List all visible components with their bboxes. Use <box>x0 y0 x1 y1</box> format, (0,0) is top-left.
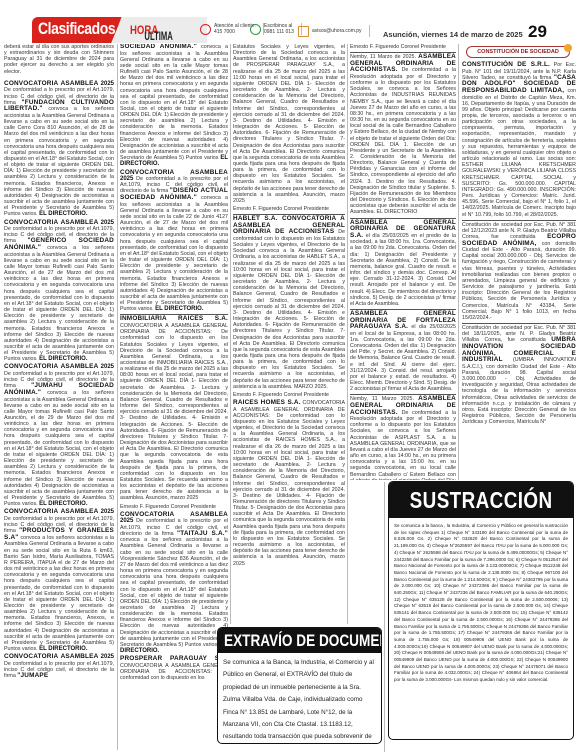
firm-name: "JUMAPE <box>17 672 48 679</box>
classified-ad: Nemby, 11 Marzo 2025. ASAMBLEA GENERAL O… <box>350 396 456 480</box>
ad-text: deberá estar al día con sus aportes ordi… <box>4 44 114 75</box>
classified-ad: CONVOCATORIA ASAMBLEA 2025 De conformida… <box>120 512 228 654</box>
ad-signature: EL DIRECTORIO <box>377 209 418 215</box>
ad-text: convoca a los señores accionistas a la A… <box>4 390 114 507</box>
divider <box>369 25 370 37</box>
mail-icon <box>298 26 309 37</box>
sustraccion-notice: SUSTRACCIÓN Se comunica a la banca , la … <box>388 481 574 740</box>
page-header: Clasificados ULTIMAHORA Atención al clie… <box>0 0 580 42</box>
ad-text: el día 25/03/2025 en el local de la Empr… <box>350 324 456 392</box>
ad-year: 2025 <box>101 509 114 515</box>
whatsapp-icon <box>250 24 261 35</box>
ad-heading: INMOBILIARIA RAICES S.A. <box>120 315 228 322</box>
ad-text: Estatutos Sociales y Leyes vigentes, el … <box>233 44 345 204</box>
notice-title: EXTRAVÍO DE DOCUMENTO <box>218 628 381 653</box>
ad-text: convoca a los señores accionistas a la A… <box>4 106 114 217</box>
firm-name: "TAITAJU S.A." <box>177 530 228 537</box>
classified-ad: Estatutos Sociales y Leyes vigentes, el … <box>233 44 345 212</box>
classified-ad: ASAMBLEA GENERAL ORDINARIA DE FORTALEZA … <box>350 311 456 392</box>
column-6: CONSTITUCIÓN DE SOCIEDAD CONSTITUCIÓN DE… <box>462 44 576 480</box>
ad-heading: CONVOCATORIA ASAMBLEA <box>4 219 98 226</box>
divider <box>462 220 576 221</box>
ad-text: CONVOCATORIA A ASAMBLEA GENERAL ORDINARI… <box>233 400 345 567</box>
classified-ad: HABLET S.A. CONVOCATORIA A ASAMBLEA GENE… <box>233 216 345 398</box>
ad-signature: EL DIRECTORIO. <box>39 646 87 652</box>
divider <box>347 44 348 624</box>
classified-ad: CONVOCATORIA ASAMBLEA 2025 De conformida… <box>4 81 114 218</box>
column-3: Estatutos Sociales y Leyes vigentes, el … <box>233 44 345 624</box>
ad-heading: CONVOCATORIA ASAMBLEA <box>4 508 98 515</box>
issue-date: Asunción, viernes 14 de marzo de 2025 <box>383 30 523 39</box>
section-tag: CONSTITUCIÓN DE SOCIEDAD <box>466 46 570 58</box>
firm-name: SOCIEDAD ANÓNIMA." <box>120 44 197 50</box>
classified-ad: INMOBILIARIA RAICES S.A. CONVOCATORIA A … <box>120 316 228 509</box>
ad-signature: Ernesto F. Figueredo Coronel Presidente <box>350 44 456 50</box>
classified-ad: PROSPERAR PARAGUAY S.A. CONVOCATORIA A A… <box>120 656 228 681</box>
extravio-notice: EXTRAVÍO DE DOCUMENTO Se comunica a la B… <box>217 627 382 744</box>
ad-text: De conformidad a la Resolución adoptada … <box>350 67 456 215</box>
ad-heading: HABLET S.A. CONVOCATORIA A ASAMBLEA GENE… <box>233 215 345 235</box>
ad-signature: EL DIRECTORIO. <box>39 211 87 217</box>
notice-title: SUSTRACCIÓN <box>389 482 573 518</box>
section-tag-label: CONSTITUCIÓN DE SOCIEDAD <box>477 49 559 55</box>
notice-body: Se comunica a la Banca, la Industria, el… <box>218 653 381 744</box>
classified-ad: ASAMBLEA GENERAL ORDINARIA DE GEONATURA … <box>350 220 456 308</box>
classified-ad: CONVOCATORIA ASAMBLEA 2025 De conformida… <box>4 364 114 507</box>
section-title: Clasificados <box>38 19 115 39</box>
classified-ad: CONSTITUCIÓN DE S.R.L. Por Esc. Pub. N° … <box>462 62 576 218</box>
notice-body: Se comunica a la banca , la Industria, a… <box>389 518 573 689</box>
phone-icon <box>200 24 211 35</box>
classified-ad: CONVOCATORIA ASAMBLEA 2025 De conformida… <box>4 220 114 363</box>
ad-year: 2025 <box>101 364 114 370</box>
ad-text: el día 25/03/2025 en el predio de la soc… <box>350 233 456 307</box>
ad-year: 2025 <box>101 654 114 660</box>
masthead-logo: ULTIMAHORA <box>112 17 207 43</box>
sun-icon <box>564 44 572 52</box>
divider <box>458 44 459 480</box>
ad-text: CONVOCATORIA A ASAMBLEA GENERAL ORDINARI… <box>120 663 228 681</box>
notice-title-text: SUSTRACCIÓN <box>410 482 553 518</box>
ad-signature: EL DIRECTORIO. <box>155 306 203 312</box>
ad-year: 2025 <box>101 81 114 87</box>
divider <box>117 44 118 750</box>
ad-text: con domicilio Ciudad del Este - Alto Par… <box>462 241 576 321</box>
ad-text: convoca a los señores accionistas a la A… <box>120 44 228 161</box>
logo-part-1: ULTIMA <box>144 29 172 43</box>
ad-signature: Ernesto F. Figueredo Coronel Presidente <box>233 392 345 398</box>
divider <box>462 323 576 324</box>
classified-ad: CONVOCATORIA ASAMBLEA 2025 De conformida… <box>4 654 114 680</box>
classified-ad: CONVOCATORIA ASAMBLEA 2025 De conformida… <box>120 170 228 313</box>
classified-ad: Ernesto F. Figueredo Coronel Presidente <box>350 44 456 50</box>
divider <box>230 44 231 624</box>
contact-whatsapp: Escribinos al0981 111 013 <box>250 23 302 35</box>
ad-year: 2025 <box>120 176 133 182</box>
ad-signature: EL DIRECTORIO. <box>39 501 87 507</box>
ad-heading: CONVOCATORIA ASAMBLEA <box>120 169 228 176</box>
ad-text: convoca a los señores accionistas a la A… <box>120 195 228 312</box>
ad-signature: EL DIRECTORIO. <box>39 356 87 362</box>
ad-heading: CONVOCATORIA ASAMBLEA <box>4 363 98 370</box>
column-4: Ernesto F. Figueredo Coronel Presidente … <box>350 44 456 480</box>
classified-ad: CONVOCATORIA ASAMBLEA 2025 De conformida… <box>4 509 114 652</box>
contact-value: 0981 111 013 <box>264 29 294 35</box>
ad-heading: CONVOCATORIA ASAMBLEA <box>4 80 98 87</box>
ad-heading: PROSPERAR PARAGUAY S.A. <box>120 655 228 662</box>
classified-ad: Constitución de sociedad por Esc. Pub. N… <box>462 222 576 321</box>
contact-value: avisos@uhora.com.py <box>312 28 362 34</box>
ad-text: CONVOCATORIA A ASAMBLEA GENERAL ORDINARI… <box>120 323 228 501</box>
ad-signature: Ernesto F. Figueredo Coronel Presidente <box>233 206 345 212</box>
ad-signature: Ernesto F. Figueredo Coronel Presidente <box>120 504 228 510</box>
ad-text: convoca a los señores accionistas a la A… <box>4 535 114 652</box>
divider <box>384 482 385 752</box>
ad-heading: CONVOCATORIA ASAMBLEA <box>4 653 98 660</box>
section-banner: Clasificados <box>32 17 122 43</box>
column-2: SOCIEDAD ANÓNIMA." convoca a los señores… <box>120 44 228 750</box>
ad-heading: CONVOCATORIA ASAMBLEA <box>120 511 228 518</box>
ad-heading: RAICES HOMES S.A. <box>233 399 301 406</box>
ad-text: con domicilio en el Distrito de Capitán … <box>462 88 576 218</box>
ad-heading: CONSTITUCIÓN DE S.R.L. <box>462 61 550 68</box>
notice-title-text: EXTRAVÍO DE DOCUMENTO <box>224 628 382 653</box>
classified-ad: RAICES HOMES S.A. CONVOCATORIA A ASAMBLE… <box>233 400 345 567</box>
page-number: 29 <box>528 22 547 42</box>
ad-text: De conformidad a la Resolución adoptada … <box>350 410 456 480</box>
classified-ad: SOCIEDAD ANÓNIMA." convoca a los señores… <box>120 44 228 168</box>
column-1: deberá estar al día con sus aportes ordi… <box>4 44 114 750</box>
ad-year: 2025 <box>120 518 133 524</box>
ad-text: De conformidad con lo dispuesto en los E… <box>233 229 345 389</box>
ad-text: convoca a los señores accionistas a la A… <box>4 245 114 362</box>
classified-ad: Nemby, 11 Marzo de 2025. ASAMBLEA GENERA… <box>350 54 456 215</box>
ad-text: convoca a los señores accionistas a la A… <box>120 537 228 648</box>
classified-ad: Constitución de sociedad por Esc. Pub. N… <box>462 325 576 425</box>
contact-email: avisos@uhora.com.py <box>298 25 370 37</box>
ad-year: 2025 <box>101 220 114 226</box>
ad-text: (UMBRA INNOVATION S.A.C.I.), con domicil… <box>462 357 576 425</box>
